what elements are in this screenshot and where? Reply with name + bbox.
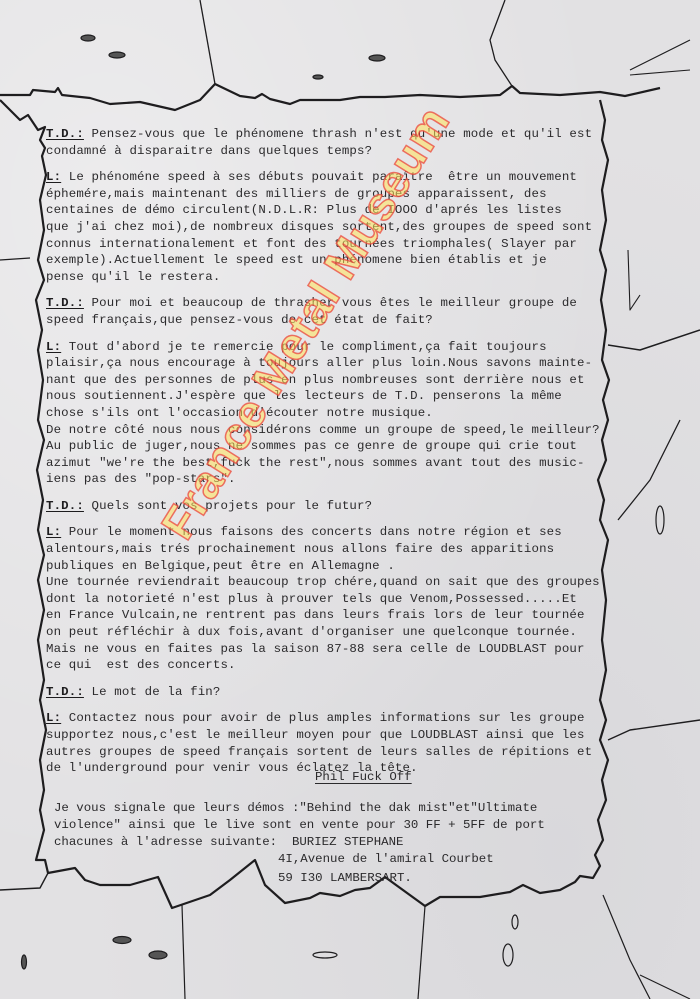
speaker-label: L:	[46, 340, 61, 354]
interview-paragraph: L: Tout d'abord je te remercie pour le c…	[46, 339, 606, 488]
interview-paragraph: L: Contactez nous pour avoir de plus amp…	[46, 710, 606, 776]
signature: Phil Fuck Off	[315, 770, 412, 784]
address-city: 59 I30 LAMBERSART.	[278, 871, 412, 885]
speaker-label: T.D.:	[46, 127, 84, 141]
note-line: Je vous signale que leurs démos :"Behind…	[54, 800, 545, 817]
interview-paragraph: T.D.: Pensez-vous que le phénomene thras…	[46, 126, 606, 159]
note-line: violence" ainsi que le live sont en vent…	[54, 817, 545, 834]
address-street: 4I,Avenue de l'amiral Courbet	[278, 852, 494, 866]
speaker-label: L:	[46, 170, 61, 184]
speaker-label: L:	[46, 525, 61, 539]
note-line: chacunes à l'adresse suivante: BURIEZ ST…	[54, 834, 545, 851]
interview-paragraph: T.D.: Pour moi et beaucoup de thrasher v…	[46, 295, 606, 328]
interview-paragraph: T.D.: Quels sont vos projets pour le fut…	[46, 498, 606, 515]
speaker-label: T.D.:	[46, 685, 84, 699]
interview-paragraph: L: Le phénoméne speed à ses débuts pouva…	[46, 169, 606, 285]
interview-text: T.D.: Pensez-vous que le phénomene thras…	[46, 126, 606, 787]
interview-paragraph: L: Pour le moment nous faisons des conce…	[46, 524, 606, 673]
interview-paragraph: T.D.: Le mot de la fin?	[46, 684, 606, 701]
speaker-label: L:	[46, 711, 61, 725]
speaker-label: T.D.:	[46, 499, 84, 513]
demo-sales-note: Je vous signale que leurs démos :"Behind…	[54, 800, 545, 851]
speaker-label: T.D.:	[46, 296, 84, 310]
